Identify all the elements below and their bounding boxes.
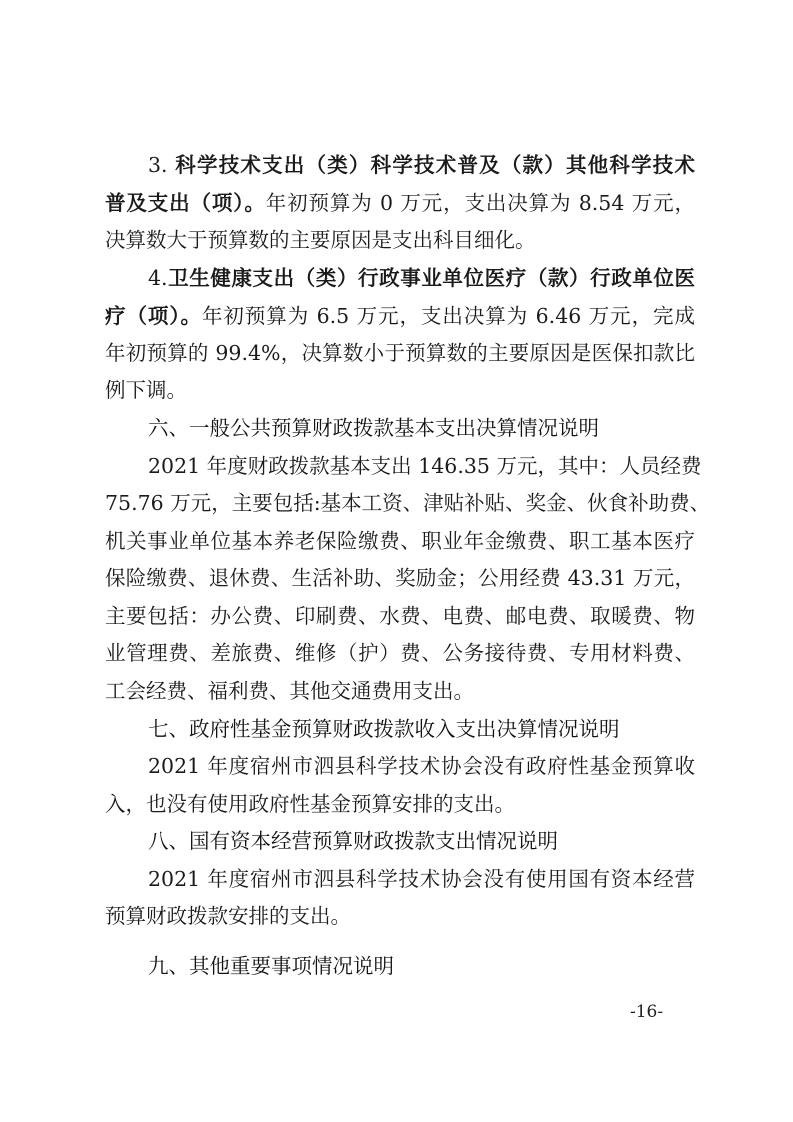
- item3-number: 3.: [148, 153, 175, 177]
- section9-heading: 九、其他重要事项情况说明: [148, 952, 394, 980]
- section6-line: 工会经费、福利费、其他交通费用支出。: [105, 677, 695, 705]
- item4-number: 4.: [148, 266, 168, 290]
- item3-line1: 3. 科学技术支出（类）科学技术普及（款）其他科学技术: [148, 151, 695, 179]
- section6-line: 主要包括：办公费、印刷费、水费、电费、邮电费、取暖费、物: [105, 602, 695, 630]
- section6-line: 机关事业单位基本养老保险缴费、职业年金缴费、职工基本医疗: [105, 527, 695, 555]
- section6-line: 保险缴费、退休费、生活补助、奖励金；公用经费 43.31 万元，: [105, 564, 695, 592]
- section7-heading: 七、政府性基金预算财政拨款收入支出决算情况说明: [148, 715, 620, 743]
- item4-line4: 例下调。: [105, 376, 695, 404]
- item3-line3: 决算数大于预算数的主要原因是支出科目细化。: [105, 226, 695, 254]
- section6-heading: 六、一般公共预算财政拨款基本支出决算情况说明: [148, 414, 599, 442]
- item4-line3: 年初预算的 99.4%，决算数小于预算数的主要原因是医保扣款比: [105, 339, 695, 367]
- section6-line: 2021 年度财政拨款基本支出 146.35 万元，其中：人员经费: [148, 452, 695, 480]
- section7-line: 2021 年度宿州市泗县科学技术协会没有政府性基金预算收: [148, 752, 695, 780]
- item4-title-part2: 疗（项）。: [105, 304, 202, 328]
- item4-line2: 疗（项）。年初预算为 6.5 万元，支出决算为 6.46 万元，完成: [105, 302, 695, 330]
- item4-title-part1: 卫生健康支出（类）行政事业单位医疗（款）行政单位医: [168, 266, 695, 290]
- item4-line1: 4.卫生健康支出（类）行政事业单位医疗（款）行政单位医: [148, 264, 695, 292]
- item4-text: 年初预算为 6.5 万元，支出决算为 6.46 万元，完成: [202, 304, 695, 328]
- section6-line: 业管理费、差旅费、维修（护）费、公务接待费、专用材料费、: [105, 639, 695, 667]
- section8-heading: 八、国有资本经营预算财政拨款支出情况说明: [148, 827, 558, 855]
- item3-line2: 普及支出（项）。年初预算为 0 万元，支出决算为 8.54 万元，: [105, 189, 695, 217]
- item3-text: 年初预算为 0 万元，支出决算为 8.54 万元，: [266, 191, 695, 215]
- section8-line: 预算财政拨款安排的支出。: [105, 902, 695, 930]
- section7-line: 入，也没有使用政府性基金预算安排的支出。: [105, 790, 695, 818]
- document-page: 3. 科学技术支出（类）科学技术普及（款）其他科学技术 普及支出（项）。年初预算…: [0, 0, 793, 1122]
- item3-title-part2: 普及支出（项）。: [105, 191, 266, 215]
- item3-title-part1: 科学技术支出（类）科学技术普及（款）其他科学技术: [175, 153, 695, 177]
- page-number: -16-: [630, 1002, 663, 1022]
- section6-line: 75.76 万元，主要包括:基本工资、津贴补贴、奖金、伙食补助费、: [105, 489, 695, 517]
- section8-line: 2021 年度宿州市泗县科学技术协会没有使用国有资本经营: [148, 865, 695, 893]
